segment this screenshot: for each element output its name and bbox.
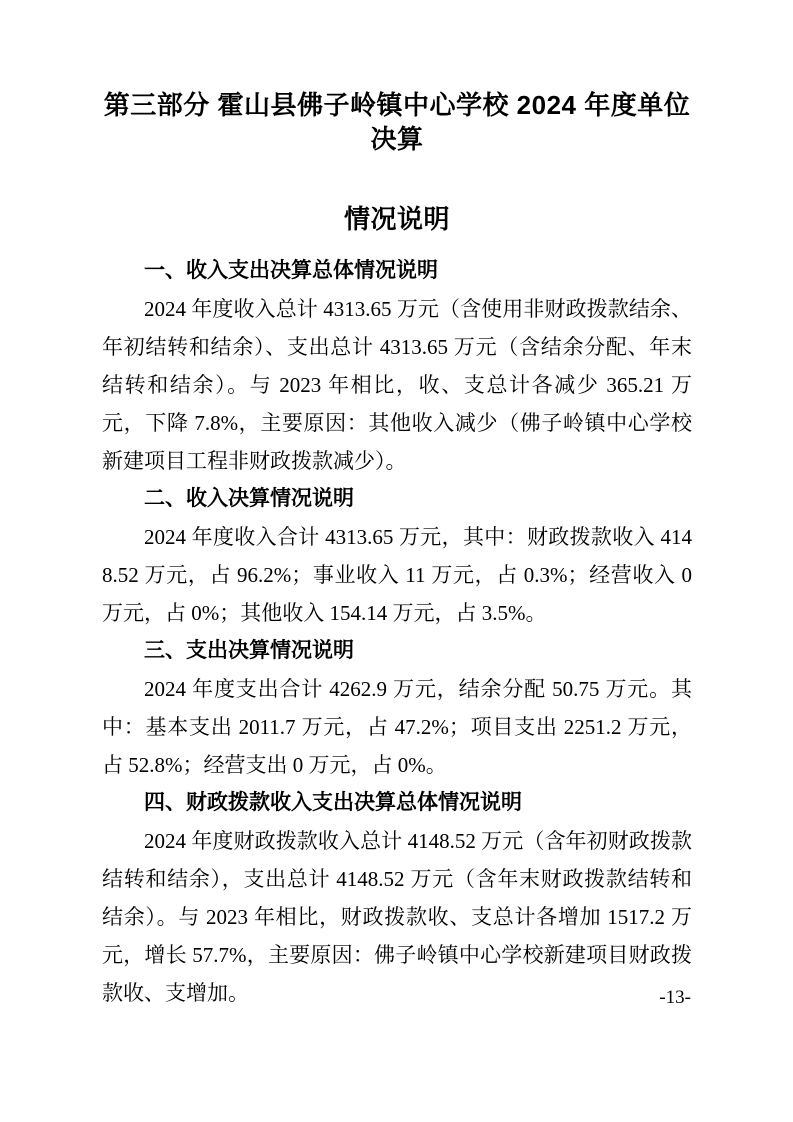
document-title-line-1: 第三部分 霍山县佛子岭镇中心学校 2024 年度单位决算 bbox=[102, 88, 692, 156]
document-title: 第三部分 霍山县佛子岭镇中心学校 2024 年度单位决算 情况说明 bbox=[102, 88, 692, 236]
section-fiscal-appropriation-overview: 四、财政拨款收入支出决算总体情况说明 2024 年度财政拨款收入总计 4148.… bbox=[102, 784, 692, 1012]
section-heading: 四、财政拨款收入支出决算总体情况说明 bbox=[102, 784, 692, 822]
section-income-expenditure-overview: 一、收入支出决算总体情况说明 2024 年度收入总计 4313.65 万元（含使… bbox=[102, 252, 692, 480]
section-income-details: 二、收入决算情况说明 2024 年度收入合计 4313.65 万元，其中：财政拨… bbox=[102, 480, 692, 632]
section-paragraph: 2024 年度收入总计 4313.65 万元（含使用非财政拨款结余、年初结转和结… bbox=[102, 290, 692, 480]
document-title-line-2: 情况说明 bbox=[102, 202, 692, 236]
section-expenditure-details: 三、支出决算情况说明 2024 年度支出合计 4262.9 万元，结余分配 50… bbox=[102, 632, 692, 784]
page-number: -13- bbox=[659, 986, 691, 1010]
section-paragraph: 2024 年度支出合计 4262.9 万元，结余分配 50.75 万元。其中：基… bbox=[102, 670, 692, 784]
section-heading: 二、收入决算情况说明 bbox=[102, 480, 692, 518]
section-paragraph: 2024 年度收入合计 4313.65 万元，其中：财政拨款收入 4148.52… bbox=[102, 518, 692, 632]
section-heading: 一、收入支出决算总体情况说明 bbox=[102, 252, 692, 290]
section-paragraph: 2024 年度财政拨款收入总计 4148.52 万元（含年初财政拨款结转和结余）… bbox=[102, 822, 692, 1012]
section-heading: 三、支出决算情况说明 bbox=[102, 632, 692, 670]
document-page: 第三部分 霍山县佛子岭镇中心学校 2024 年度单位决算 情况说明 一、收入支出… bbox=[0, 0, 793, 1122]
